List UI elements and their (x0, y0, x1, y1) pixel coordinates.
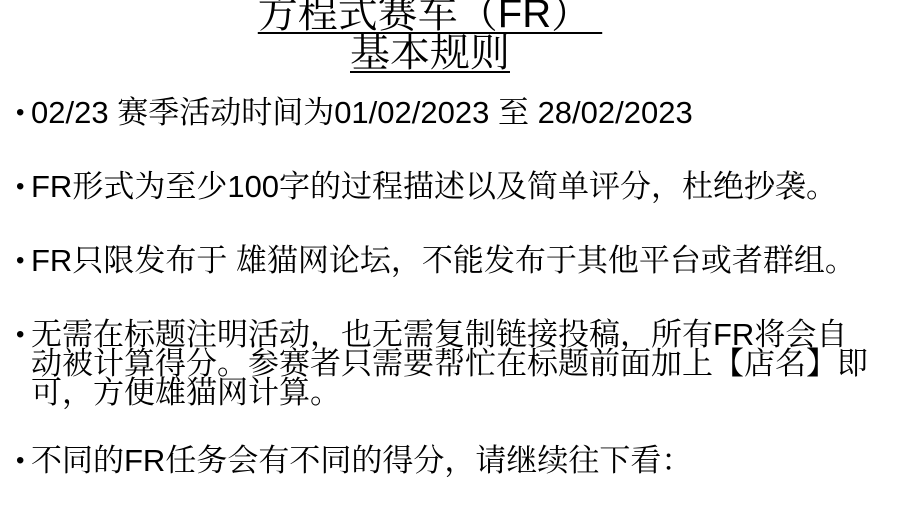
title-line-1: 方程式赛车（FR） (0, 0, 860, 34)
bullet-text: 02/23 赛季活动时间为01/02/2023 至 28/02/2023 (31, 95, 693, 130)
title-line-2: 基本规则 (0, 34, 860, 73)
bullet-dot-icon: • (16, 320, 24, 349)
bullet-dot-icon: • (16, 246, 24, 275)
bullet-dot-icon: • (16, 98, 24, 127)
bullet-text: 无需在标题注明活动，也无需复制链接投稿，所有FR将会自动被计算得分。参赛者只需要… (31, 317, 868, 410)
bullet-item-season-dates: • 02/23 赛季活动时间为01/02/2023 至 28/02/2023 (16, 98, 872, 127)
slide-canvas: 方程式赛车（FR） 基本规则 • 02/23 赛季活动时间为01/02/2023… (0, 0, 898, 520)
bullet-item-publish-restriction: • FR只限发布于 雄猫网论坛，不能发布于其他平台或者群组。 (16, 246, 872, 275)
bullet-text: FR形式为至少100字的过程描述以及简单评分，杜绝抄袭。 (31, 169, 837, 204)
bullet-text: 不同的FR任务会有不同的得分，请继续往下看： (31, 443, 692, 478)
bullet-item-scoring-note: • 不同的FR任务会有不同的得分，请继续往下看： (16, 446, 872, 475)
bullet-list: • 02/23 赛季活动时间为01/02/2023 至 28/02/2023 •… (16, 98, 872, 475)
bullet-dot-icon: • (16, 172, 24, 201)
bullet-item-fr-format: • FR形式为至少100字的过程描述以及简单评分，杜绝抄袭。 (16, 172, 872, 201)
bullet-text: FR只限发布于 雄猫网论坛，不能发布于其他平台或者群组。 (31, 243, 856, 278)
bullet-item-title-rule: • 无需在标题注明活动，也无需复制链接投稿，所有FR将会自动被计算得分。参赛者只… (16, 320, 872, 407)
bullet-dot-icon: • (16, 446, 24, 475)
slide-title: 方程式赛车（FR） 基本规则 (0, 0, 860, 73)
